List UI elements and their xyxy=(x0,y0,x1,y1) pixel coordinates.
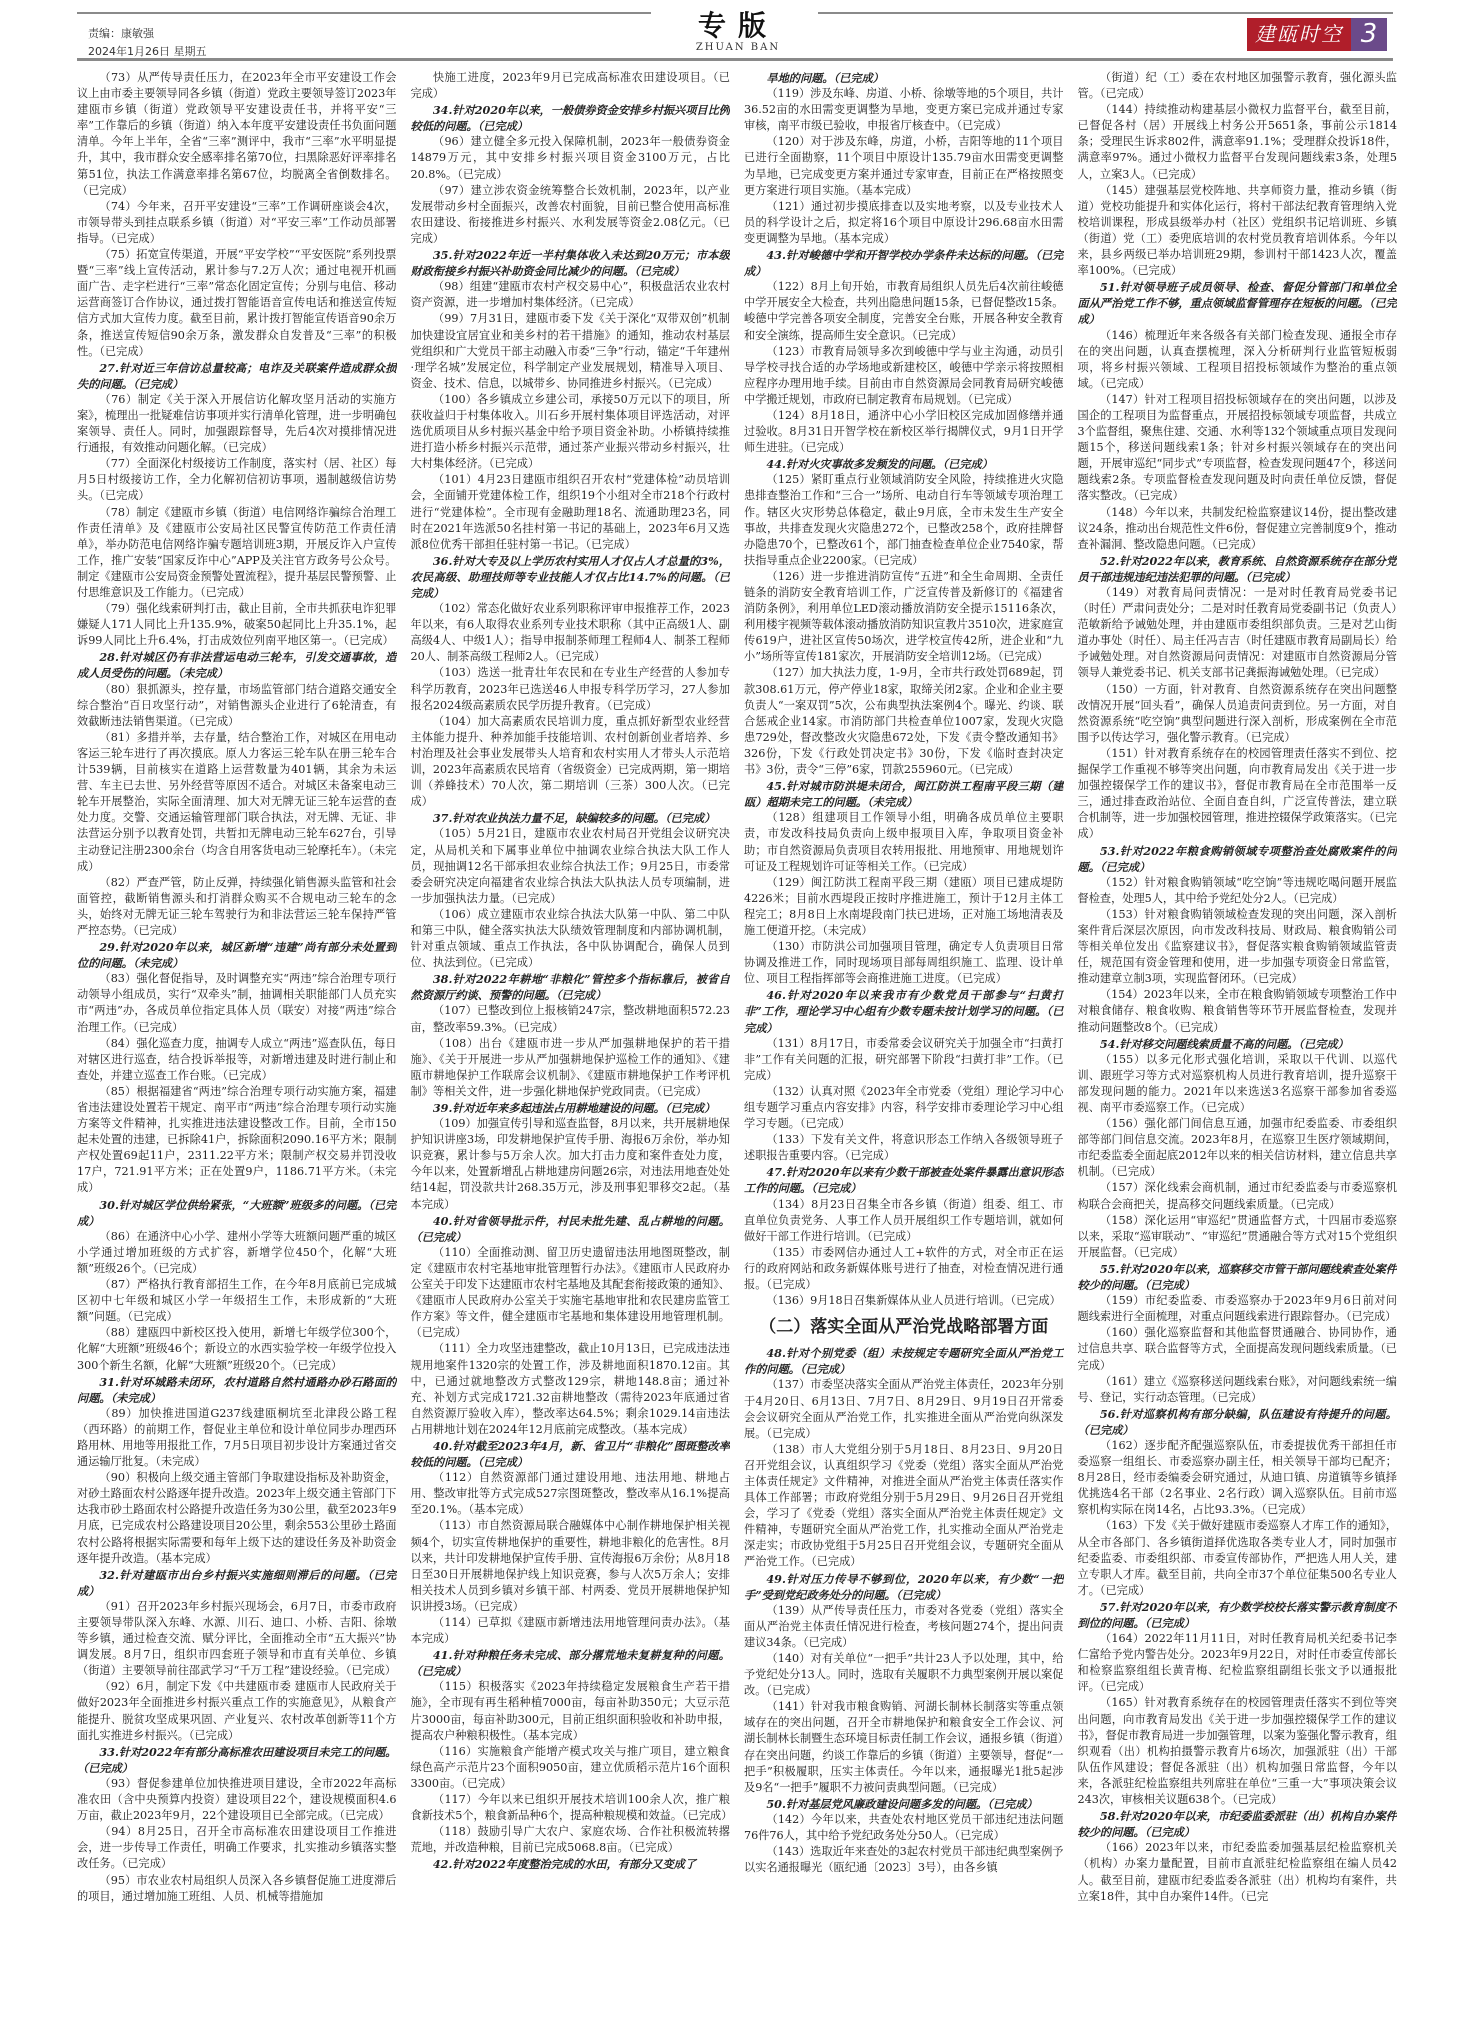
issue-heading: 53.针对2022年粮食购销领域专项整治查处腐败案件的问题。（已完成） xyxy=(1078,843,1398,875)
rectification-item: 快施工进度，2023年9月已完成高标准农田建设项目。（已完成） xyxy=(411,70,731,102)
rectification-item: （135）市委网信办通过人工+软件的方式，对全市正在运行的政府网站和政务新媒体账… xyxy=(744,1245,1064,1293)
rectification-item: （79）强化线索研判打击，截止目前，全市共抓获电诈犯罪嫌疑人171人同比上升13… xyxy=(77,601,397,649)
rectification-item: （105）5月21日，建瓯市农业农村局召开党组会议研究决定，从局机关和下属事业单… xyxy=(411,826,731,906)
rectification-item: （街道）纪（工）委在农村地区加强警示教育，强化源头监管。（已完成） xyxy=(1078,70,1398,102)
column-3: 旱地的问题。（已完成）（119）涉及东峰、房道、小桥、徐墩等地的5个项目，共计3… xyxy=(744,70,1064,2038)
issue-heading: 57.针对2020年以来，有少数学校校长落实警示教育制度不到位的问题。（已完成） xyxy=(1078,1599,1398,1631)
rectification-item: （97）建立涉农资金统筹整合长效机制，2023年，以产业发展带动乡村全面振兴，改… xyxy=(411,183,731,247)
rectification-item: （110）全面推动测、留卫历史遗留违法用地图斑整改，制定《建瓯市农村宅基地审批管… xyxy=(411,1245,731,1342)
issue-heading: 51.针对领导班子成员领导、检查、督促分管部门和单位全面从严治党工作不够，重点领… xyxy=(1078,279,1398,327)
rectification-item: （73）从严传导责任压力，在2023年全市平安建设工作会议上由市委主要领导同各乡… xyxy=(77,70,397,199)
issue-heading: 40.针对截至2023年4月，新、省卫片“非粮化”图斑整改率较低的问题。（已完成… xyxy=(411,1438,731,1470)
rectification-item: （140）对有关单位“一把手”共计23人予以处理，其中，给予党纪处分13人。同时… xyxy=(744,1651,1064,1699)
article-body: （73）从严传导责任压力，在2023年全市平安建设工作会议上由市委主要领导同各乡… xyxy=(77,70,1397,2038)
rectification-item: （164）2022年11月11日，对时任教育局机关纪委书记李仁富给予党内警告处分… xyxy=(1078,1631,1398,1695)
issue-heading: 旱地的问题。（已完成） xyxy=(744,70,1064,86)
issue-heading: 43.针对峻德中学和开智学校办学条件未达标的问题。（已完成） xyxy=(744,247,1064,279)
rectification-item: （136）9月18日召集新媒体从业人员进行培训。（已完成） xyxy=(744,1293,1064,1309)
rectification-item: （121）通过初步摸底排查以及实地考察，以及专业技术人员的科学设计之后，拟定将1… xyxy=(744,199,1064,247)
section-heading: （二）落实全面从严治党战略部署方面 xyxy=(744,1315,1064,1339)
rectification-item: （138）市人大党组分别于5月18日、8月23日、9月20日召开党组会议，认真组… xyxy=(744,1442,1064,1571)
rectification-item: （160）强化巡察监督和其他监督贯通融合、协同协作，通过信息共享、联合监督等方式… xyxy=(1078,1325,1398,1373)
issue-heading: 38.针对2022年耕地“非粮化”管控多个指标靠后，被省自然资源厅约谈、预警的问… xyxy=(411,971,731,1003)
rectification-item: （157）深化线索会商机制，通过市纪委监委与市委巡察机构联合会商把关，提高移交问… xyxy=(1078,1180,1398,1212)
rectification-item: （115）积极落实《2023年持续稳定发展粮食生产若干措施》，全市现有再生稻种植… xyxy=(411,1679,731,1743)
rectification-item: （134）8月23日召集全市各乡镇（街道）组委、组工、市直单位负责党务、人事工作… xyxy=(744,1197,1064,1245)
rectification-item: （100）各乡镇成立乡建公司，承接50万元以下的项目，所获收益归于村集体收入。川… xyxy=(411,392,731,472)
rectification-item: （109）加强宣传引导和巡查监督，8月以来，共开展耕地保护知识讲座3场，印发耕地… xyxy=(411,1116,731,1213)
rectification-item: （111）全力攻坚违建整改，截止10月13日，已完成违法违规用地案件1320宗的… xyxy=(411,1341,731,1438)
rectification-item: （77）全面深化村级接访工作制度，落实村（居、社区）每月5日村级接访工作，全力化… xyxy=(77,456,397,504)
rectification-item: （84）强化巡查力度，抽调专人成立“两违”巡查队伍，每日对辖区进行巡查，结合投诉… xyxy=(77,1036,397,1084)
issue-heading: 47.针对2020年以来有少数干部被查处案件暴露出意识形态工作的问题。（已完成） xyxy=(744,1164,1064,1196)
rectification-item: （150）一方面，针对教育、自然资源系统存在突出问题整改情况开展“回头看”，确保… xyxy=(1078,682,1398,746)
rectification-item: （124）8月18日，通济中心小学旧校区完成加固修缮并通过验收。8月31日开智学… xyxy=(744,408,1064,456)
rectification-item: （95）市农业农村局组织人员深入各乡镇督促施工进度滞后的项目，通过增加施工班组、… xyxy=(77,1873,397,1905)
rectification-item: （159）市纪委监委、市委巡察办于2023年9月6日前对问题线索进行全面梳理，对… xyxy=(1078,1293,1398,1325)
rectification-item: （89）加快推进国道G237线建瓯桐坑至北津段公路工程（西环路）的前期工作，督促… xyxy=(77,1406,397,1470)
rectification-item: （91）召开2023年乡村振兴现场会，6月7日，市委市政府主要领导带队深入东峰、… xyxy=(77,1599,397,1679)
rectification-item: （147）针对工程项目招投标领域存在的突出问题，以涉及国企的工程项目为监督重点，… xyxy=(1078,392,1398,505)
issue-heading: 50.针对基层党风廉政建设问题多发的问题。（已完成） xyxy=(744,1796,1064,1812)
rectification-item: （113）市自然资源局联合融媒体中心制作耕地保护相关视频4个，切实宣传耕地保护的… xyxy=(411,1518,731,1615)
header-rule-bottom xyxy=(77,58,1393,61)
rectification-item: （122）8月上旬开始，市教育局组织人员先后4次前往峻德中学开展安全大检查，共列… xyxy=(744,279,1064,343)
rectification-item: （153）针对粮食购销领域检查发现的突出问题，深入剖析案件背后深层次原因，向市发… xyxy=(1078,907,1398,987)
rectification-item: （92）6月，制定下发《中共建瓯市委 建瓯市人民政府关于做好2023年全面推进乡… xyxy=(77,1679,397,1743)
rectification-item: （158）深化运用“审巡纪”贯通监督方式，十四届市委巡察以来，采取“巡审联动”、… xyxy=(1078,1213,1398,1261)
issue-heading: 41.针对种粮任务未完成、部分撂荒地未复耕复种的问题。（已完成） xyxy=(411,1647,731,1679)
page-header: 责编：康敏强 2024年1月26日 星期五 专版 ZHUAN BAN 建瓯时空 … xyxy=(0,0,1476,62)
issue-heading: 39.针对近年来多起违法占用耕地建设的问题。（已完成） xyxy=(411,1100,731,1116)
issue-heading: 48.针对个别党委（组）未按规定专题研究全面从严治党工作的问题。（已完成） xyxy=(744,1345,1064,1377)
rectification-item: （163）下发《关于做好建瓯市委巡察人才库工作的通知》，从全市各部门、各乡镇街道… xyxy=(1078,1518,1398,1598)
rectification-item: （126）进一步推进消防宣传“五进”和全生命周期、全责任链条的消防安全教育培训工… xyxy=(744,569,1064,666)
issue-heading: 58.针对2020年以来，市纪委监委派驻（出）机构自办案件较少的问题。（已完成） xyxy=(1078,1808,1398,1840)
rectification-item: （128）组建项目工作领导小组，明确各成员单位主要职责，市发改科技局负责向上级申… xyxy=(744,810,1064,874)
rectification-item: （132）认真对照《2023年全市党委（党组）理论学习中心组专题学习重点内容安排… xyxy=(744,1084,1064,1132)
rectification-item: （103）选送一批青壮年农民和在专业生产经营的人参加专科学历教育，2023年已选… xyxy=(411,665,731,713)
rectification-item: （106）成立建瓯市农业综合执法大队第一中队、第二中队和第三中队，健全落实执法大… xyxy=(411,907,731,971)
rectification-item: （142）今年以来，共查处农村地区党员干部违纪违法问题76件76人，其中给予党纪… xyxy=(744,1812,1064,1844)
rectification-item: （152）针对粮食购销领域“吃空饷”等违规吃喝问题开展监督检查，处理5人，其中给… xyxy=(1078,875,1398,907)
issue-heading: 55.针对2020年以来，巡察移交市管干部问题线索查处案件较少的问题。（已完成） xyxy=(1078,1261,1398,1293)
issue-heading: 30.针对城区学位供给紧张，“大班额”班级多的问题。（已完成） xyxy=(77,1197,397,1229)
rectification-item: （99）7月31日，建瓯市委下发《关于深化“双带双创”机制加快建设宜居宜业和美乡… xyxy=(411,311,731,391)
rectification-item: （120）对于涉及东峰，房道，小桥，吉阳等地的11个项目已进行全面勘察，11个项… xyxy=(744,134,1064,198)
rectification-item: （154）2023年以来，全市在粮食购销领域专项整治工作中对粮食储存、粮食收购、… xyxy=(1078,987,1398,1035)
rectification-item: （155）以多元化形式强化培训，采取以干代训、以巡代训、跟班学习等方式对巡察机构… xyxy=(1078,1052,1398,1116)
issue-heading: 49.针对压力传导不够到位，2020年以来，有少数“一把手”受到党纪政务处分的问… xyxy=(744,1571,1064,1603)
column-4: （街道）纪（工）委在农村地区加强警示教育，强化源头监管。（已完成）（144）持续… xyxy=(1078,70,1398,2038)
rectification-item: （148）今年以来，共制发纪检监察建议14份，提出整改建议24条，推动出台规范性… xyxy=(1078,505,1398,553)
rectification-item: （133）下发有关文件，将意识形态工作纳入各级领导班子述职报告重要内容。（已完成… xyxy=(744,1132,1064,1164)
rectification-item: （114）已草拟《建瓯市新增违法用地管理问责办法》。（基本完成） xyxy=(411,1615,731,1647)
issue-heading: 45.针对城市防洪堤未闭合，闽江防洪工程南平段三期（建瓯）超期未完工的问题。（未… xyxy=(744,778,1064,810)
rectification-item: （137）市委坚决落实全面从严治党主体责任，2023年分别于4月20日、6月13… xyxy=(744,1377,1064,1441)
rectification-item: （125）紧盯重点行业领域消防安全风险，持续推进火灾隐患排查整治工作和“三合一”… xyxy=(744,472,1064,569)
rectification-item: （129）闽江防洪工程南平段三期（建瓯）项目已建成堤防4226米；目前水西堤段正… xyxy=(744,875,1064,939)
rectification-item: （118）鼓励引导广大农户、家庭农场、合作社积极流转撂荒地，并改造种粮，目前已完… xyxy=(411,1824,731,1856)
rectification-item: （119）涉及东峰、房道、小桥、徐墩等地的5个项目，共计36.52亩的水田需变更… xyxy=(744,86,1064,134)
rectification-item: （76）制定《关于深入开展信访化解攻坚月活动的实施方案》，梳理出一批疑难信访事项… xyxy=(77,392,397,456)
rectification-item: （85）根据福建省“两违”综合治理专项行动实施方案，福建省违法建设处置若干规定、… xyxy=(77,1084,397,1197)
rectification-item: （86）在通济中心小学、建州小学等大班额问题严重的城区小学通过增加班级的方式扩容… xyxy=(77,1229,397,1277)
rectification-item: （93）督促参建单位加快推进项目建设，全市2022年高标准农田（含中央预算内投资… xyxy=(77,1776,397,1824)
rectification-item: （162）逐步配齐配强巡察队伍，市委提拔优秀干部担任市委巡察一组组长、市委巡察办… xyxy=(1078,1438,1398,1518)
rectification-item: （145）建强基层党校阵地、共享师资力量，推动乡镇（街道）党校功能提升和实体化运… xyxy=(1078,183,1398,280)
issue-heading: 52.针对2022年以来，教育系统、自然资源系统存在部分党员干部违规违纪违法犯罪… xyxy=(1078,553,1398,585)
rectification-item: （149）对教育局问责情况：一是对时任教育局党委书记（时任）严肃问责处分；二是对… xyxy=(1078,585,1398,682)
rectification-item: （127）加大执法力度，1-9月，全市共行政处罚689起，罚款308.61万元，… xyxy=(744,665,1064,778)
issue-heading: 33.针对2022年有部分高标准农田建设项目未完工的问题。（已完成） xyxy=(77,1744,397,1776)
rectification-item: （146）梳理近年来各级各有关部门检查发现、通报全市存在的突出问题，认真查摆梳理… xyxy=(1078,328,1398,392)
issue-heading: 35.针对2022年近一半村集体收入未达到20万元；市本级财政衔接乡村振兴补助资… xyxy=(411,247,731,279)
issue-heading: 27.针对近三年信访总量较高；电诈及关联案件造成群众损失的问题。（已完成） xyxy=(77,360,397,392)
rectification-item: （131）8月17日，市委常委会议研究关于加强全市“扫黄打非”工作有关问题的汇报… xyxy=(744,1036,1064,1084)
rectification-item: （83）强化督促指导，及时调整充实“两违”综合治理专项行动领导小组成员，实行“双… xyxy=(77,971,397,1035)
issue-heading: 34.针对2020年以来，一般债券资金安排乡村振兴项目比例较低的问题。（已完成） xyxy=(411,102,731,134)
issue-heading: 31.针对环城路未闭环，农村道路自然村通路办砂石路面的问题。（未完成） xyxy=(77,1374,397,1406)
issue-heading: 37.针对农业执法力量不足，缺编较多的问题。（已完成） xyxy=(411,810,731,826)
rectification-item: （94）8月25日，召开全市高标准农田建设项目工作推进会，进一步传导工作责任，明… xyxy=(77,1824,397,1872)
rectification-item: （101）4月23日建瓯市组织召开农村“党建体检”动员培训会，全面铺开党建体检工… xyxy=(411,472,731,552)
rectification-item: （143）选取近年来查处的3起农村党员干部违纪典型案例予以实名通报曝光（瓯纪通〔… xyxy=(744,1844,1064,1876)
issue-heading: 29.针对2020年以来，城区新增“违建”尚有部分未处置到位的问题。（未完成） xyxy=(77,939,397,971)
rectification-item: （87）严格执行教育部招生工作，在今年8月底前已完成城区初中七年级和城区小学一年… xyxy=(77,1277,397,1325)
rectification-item: （144）持续推动构建基层小微权力监督平台，截至目前，已督促各村（居）开展线上村… xyxy=(1078,102,1398,182)
rectification-item: （161）建立《巡察移送问题线索台账》，对问题线索统一编号、登记，实行动态管理。… xyxy=(1078,1374,1398,1406)
rectification-item: （78）制定《建瓯市乡镇（街道）电信网络诈骗综合治理工作责任清单》及《建瓯市公安… xyxy=(77,505,397,602)
issue-heading: 36.针对大专及以上学历农村实用人才仅占人才总量的3%，农民高级、助理技师等专业… xyxy=(411,553,731,601)
column-2: 快施工进度，2023年9月已完成高标准农田建设项目。（已完成）34.针对2020… xyxy=(411,70,731,2038)
issue-heading: 46.针对2020年以来我市有少数党员干部参与“扫黄打非”工作，理论学习中心组有… xyxy=(744,987,1064,1035)
rectification-item: （141）针对我市粮食购销、河湖长制林长制落实等重点领域存在的突出问题，召开全市… xyxy=(744,1699,1064,1796)
masthead-logo: 建瓯时空 3 xyxy=(1247,18,1387,51)
column-1: （73）从严传导责任压力，在2023年全市平安建设工作会议上由市委主要领导同各乡… xyxy=(77,70,397,2038)
issue-heading: 54.针对移交问题线索质量不高的问题。（已完成） xyxy=(1078,1036,1398,1052)
rectification-item: （108）出台《建瓯市进一步从严加强耕地保护的若干措施》、《关于开展进一步从严加… xyxy=(411,1036,731,1100)
rectification-item: （165）针对教育系统存在的校园管理责任落实不到位等突出问题，向市教育局发出《关… xyxy=(1078,1695,1398,1808)
issue-heading: 42.针对2022年度整治完成的水田，有部分又变成了 xyxy=(411,1856,731,1872)
rectification-item: （82）严查严管，防止反弹，持续强化销售源头监管和社会面管控，截断销售源头和打消… xyxy=(77,875,397,939)
rectification-item: （88）建瓯四中新校区投入使用，新增七年级学位300个，化解“大班额”班级46个… xyxy=(77,1325,397,1373)
rectification-item: （107）已整改到位上报核销247宗，整改耕地面积572.23亩，整改率59.3… xyxy=(411,1003,731,1035)
rectification-item: （104）加大高素质农民培训力度，重点抓好新型农业经营主体能力提升、种养加能手技… xyxy=(411,714,731,811)
rectification-item: （96）建立健全多元投入保障机制，2023年一般债券资金14879万元，其中安排… xyxy=(411,134,731,182)
rectification-item: （75）拓宽宣传渠道，开展“平安学校”“平安医院”系列投票暨“三率”线上宣传活动… xyxy=(77,247,397,360)
rectification-item: （139）从严传导责任压力，市委对各党委（党组）落实全面从严治党主体责任情况进行… xyxy=(744,1603,1064,1651)
rectification-item: （98）组建“建瓯市农村产权交易中心”，积极盘活农业农村资产资源，进一步增加村集… xyxy=(411,279,731,311)
rectification-item: （74）今年来，召开平安建设“三率”工作调研座谈会4次，市领导带头到挂点联系乡镇… xyxy=(77,199,397,247)
brand-name: 建瓯时空 xyxy=(1247,18,1351,51)
page-number: 3 xyxy=(1351,18,1387,51)
issue-heading: 40.针对省领导批示件，村民未批先建、乱占耕地的问题。（已完成） xyxy=(411,1213,731,1245)
rectification-item: （156）强化部门间信息互通，加强市纪委监委、市委组织部等部门间信息交流。202… xyxy=(1078,1116,1398,1180)
rectification-item: （116）实施粮食产能增产模式攻关与推广项目，建立粮食绿色高产示范片23个面积9… xyxy=(411,1744,731,1792)
rectification-item: （166）2023年以来，市纪委监委加强基层纪检监察机关（机构）办案力量配置，目… xyxy=(1078,1840,1398,1904)
rectification-item: （151）针对教育系统存在的校园管理责任落实不到位、挖掘保学工作重视不够等突出问… xyxy=(1078,746,1398,843)
rectification-item: （102）常态化做好农业系列职称评审申报推荐工作，2023年以来，有6人取得农业… xyxy=(411,601,731,665)
issue-heading: 32.针对建瓯市出台乡村振兴实施细则滞后的问题。（已完成） xyxy=(77,1567,397,1599)
issue-heading: 44.针对火灾事故多发频发的问题。（已完成） xyxy=(744,456,1064,472)
rectification-item: （130）市防洪公司加强项目管理，确定专人负责项目日常协调及推进工作，同时现场项… xyxy=(744,939,1064,987)
rectification-item: （112）自然资源部门通过建设用地、违法用地、耕地占用、整改审批等方式完成527… xyxy=(411,1470,731,1518)
rectification-item: （123）市教育局领导多次到峻德中学与业主沟通，动员引导学校寻找合适的办学场地或… xyxy=(744,344,1064,408)
issue-heading: 28.针对城区仍有非法营运电动三轮车，引发交通事故，造成人员受伤的问题。（未完成… xyxy=(77,649,397,681)
issue-heading: 56.针对巡察机构有部分缺编，队伍建设有待提升的问题。（已完成） xyxy=(1078,1406,1398,1438)
rectification-item: （80）狠抓源头，控存量，市场监管部门结合道路交通安全综合整治“百日攻坚行动”，… xyxy=(77,682,397,730)
rectification-item: （81）多措并举，去存量，结合整治工作，对城区在用电动客运三轮车进行了再次摸底。… xyxy=(77,730,397,875)
rectification-item: （90）积极向上级交通主管部门争取建设指标及补助资金，对砂土路面农村公路逐年提升… xyxy=(77,1470,397,1567)
rectification-item: （117）今年以来已组织开展技术培训100余人次，推广粮食新技术5个，粮食新品种… xyxy=(411,1792,731,1824)
